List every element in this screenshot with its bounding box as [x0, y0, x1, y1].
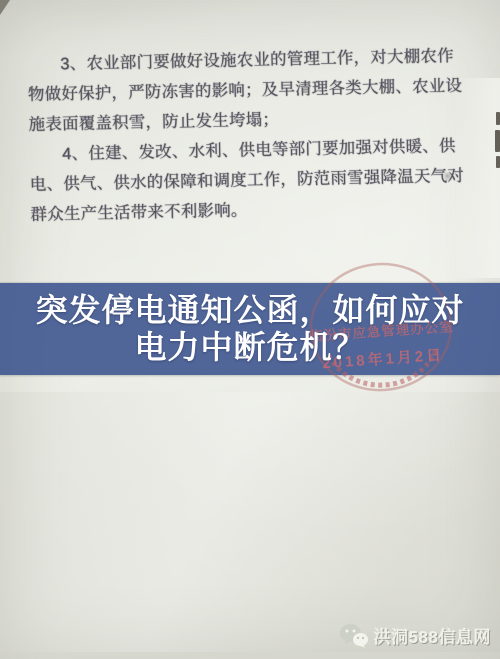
site-watermark: 洪洞588信息网	[339, 623, 491, 648]
banner-title-line1: 突发停电通知公函，如何应对	[35, 292, 464, 329]
page-edge-mark	[496, 112, 500, 125]
watermark-site-name: 洪洞588信息网	[374, 623, 491, 648]
corner-shadow	[0, 0, 10, 15]
banner-title-line2: 电力中断危机？	[134, 329, 365, 366]
banner-title: 突发停电通知公函，如何应对 电力中断危机？	[0, 283, 500, 375]
photographed-document: 3、农业部门要做好设施农业的管理工作，对大棚农作 物做好保护，严防冻害的影响；及…	[0, 0, 500, 659]
paper-crease	[0, 392, 500, 652]
document-text: 3、农业部门要做好设施农业的管理工作，对大棚农作 物做好保护，严防冻害的影响；及…	[27, 41, 483, 230]
paper-smudge	[444, 170, 451, 182]
page-edge-mark	[496, 156, 500, 168]
page-edge-mark	[495, 130, 500, 152]
wechat-icon	[339, 623, 369, 648]
